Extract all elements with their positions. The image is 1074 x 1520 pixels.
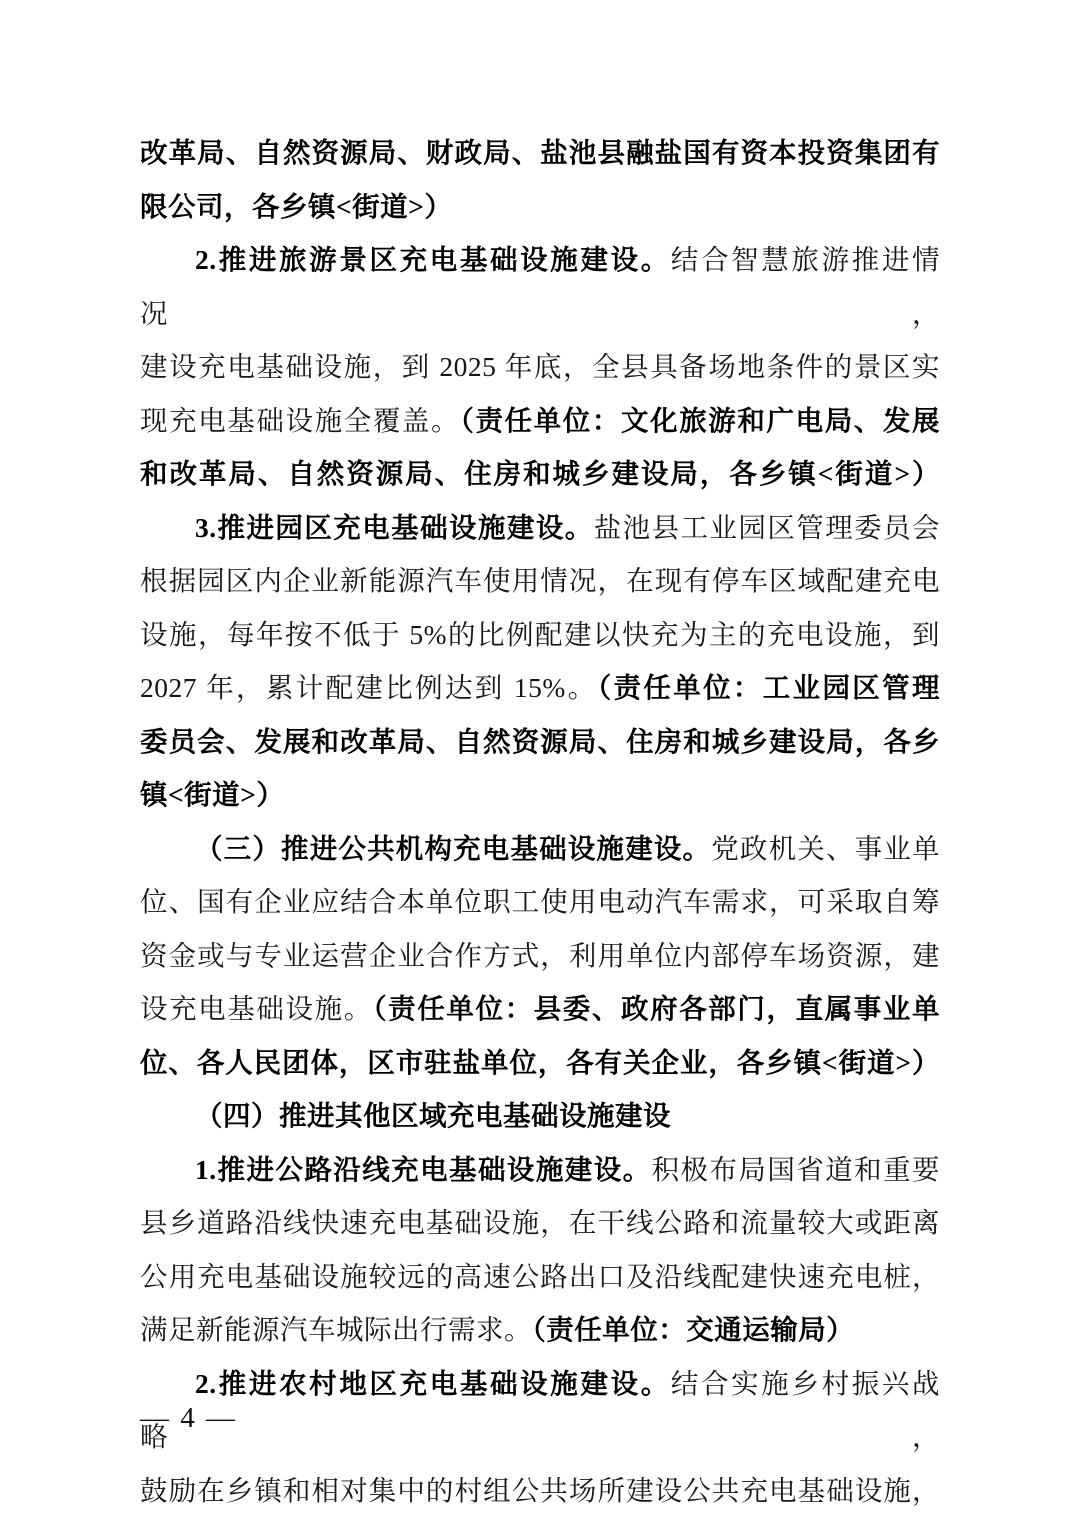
text-run: 党政机关、事业单 <box>711 833 940 864</box>
text-line: 位、各人民团体，区市驻盐单位，各有关企业，各乡镇<街道>） <box>140 1036 940 1090</box>
text-run: 设充电基础设施。 <box>140 993 373 1024</box>
text-line: 镇<街道>） <box>140 768 940 822</box>
text-line: 2.推进旅游景区充电基础设施建设。结合智慧旅游推进情况， <box>140 233 940 340</box>
text-run-bold: （责任单位：县委、政府各部门，直属事业单 <box>373 993 940 1024</box>
document-body-text: 改革局、自然资源局、财政局、盐池县融盐国有资本投资集团有限公司，各乡镇<街道>）… <box>140 126 940 1517</box>
text-run: 盐池县工业园区管理委员会 <box>594 512 940 543</box>
text-run: 县乡道路沿线快速充电基础设施，在干线公路和流量较大或距离 <box>140 1207 940 1238</box>
text-run: 根据园区内企业新能源汽车使用情况，在现有停车区域配建充电 <box>140 565 940 596</box>
text-line: 资金或与专业运营企业合作方式，利用单位内部停车场资源，建 <box>140 929 940 983</box>
text-run-bold: （三）推进公共机构充电基础设施建设。 <box>195 833 711 864</box>
text-run: 鼓励在乡镇和相对集中的村组公共场所建设公共充电基础设施， <box>140 1475 940 1506</box>
text-run-bold: 改革局、自然资源局、财政局、盐池县融盐国有资本投资集团有 <box>140 137 940 168</box>
text-run-bold: 镇<街道>） <box>140 779 284 810</box>
document-page: 改革局、自然资源局、财政局、盐池县融盐国有资本投资集团有限公司，各乡镇<街道>）… <box>0 0 1074 1520</box>
text-run: 位、国有企业应结合本单位职工使用电动汽车需求，可采取自筹 <box>140 886 940 917</box>
text-run-bold: （责任单位：交通运输局） <box>532 1314 854 1345</box>
text-run-bold: 位、各人民团体，区市驻盐单位，各有关企业，各乡镇<街道>） <box>140 1047 940 1078</box>
text-run: 公用充电基础设施较远的高速公路出口及沿线配建快速充电桩， <box>140 1261 940 1292</box>
text-line: 位、国有企业应结合本单位职工使用电动汽车需求，可采取自筹 <box>140 875 940 929</box>
text-run-bold: 和改革局、自然资源局、住房和城乡建设局，各乡镇<街道>） <box>140 458 940 489</box>
text-run: 资金或与专业运营企业合作方式，利用单位内部停车场资源，建 <box>140 940 940 971</box>
text-run-bold: （责任单位：工业园区管理 <box>597 672 940 703</box>
text-run-bold: 1.推进公路沿线充电基础设施建设。 <box>195 1154 652 1185</box>
text-run: 现充电基础设施全覆盖。 <box>140 405 460 436</box>
text-line: 公用充电基础设施较远的高速公路出口及沿线配建快速充电桩， <box>140 1250 940 1304</box>
text-run: 设施，每年按不低于 5%的比例配建以快充为主的充电设施，到 <box>140 619 940 650</box>
text-line: 2027 年，累计配建比例达到 15%。（责任单位：工业园区管理 <box>140 661 940 715</box>
text-run-bold: （四）推进其他区域充电基础设施建设 <box>195 1100 671 1131</box>
text-line: 鼓励在乡镇和相对集中的村组公共场所建设公共充电基础设施， <box>140 1464 940 1518</box>
text-run: 积极布局国省道和重要 <box>652 1154 940 1185</box>
text-line: 现充电基础设施全覆盖。（责任单位：文化旅游和广电局、发展 <box>140 394 940 448</box>
text-line: 满足新能源汽车城际出行需求。（责任单位：交通运输局） <box>140 1303 940 1357</box>
text-line: （三）推进公共机构充电基础设施建设。党政机关、事业单 <box>140 822 940 876</box>
page-number: — 4 — <box>140 1396 237 1440</box>
text-line: 设施，每年按不低于 5%的比例配建以快充为主的充电设施，到 <box>140 608 940 662</box>
text-line: 3.推进园区充电基础设施建设。盐池县工业园区管理委员会 <box>140 501 940 555</box>
text-line: 委员会、发展和改革局、自然资源局、住房和城乡建设局，各乡 <box>140 715 940 769</box>
text-run: 建设充电基础设施，到 2025 年底，全县具备场地条件的景区实 <box>140 351 940 382</box>
text-run-bold: 3.推进园区充电基础设施建设。 <box>195 512 594 543</box>
text-line: 和改革局、自然资源局、住房和城乡建设局，各乡镇<街道>） <box>140 447 940 501</box>
text-run-bold: 委员会、发展和改革局、自然资源局、住房和城乡建设局，各乡 <box>140 726 940 757</box>
text-line: 1.推进公路沿线充电基础设施建设。积极布局国省道和重要 <box>140 1143 940 1197</box>
text-run-bold: 2.推进农村地区充电基础设施建设。 <box>195 1368 671 1399</box>
text-run-bold: （责任单位：文化旅游和广电局、发展 <box>460 405 940 436</box>
text-line: 限公司，各乡镇<街道>） <box>140 180 940 234</box>
text-line: 设充电基础设施。（责任单位：县委、政府各部门，直属事业单 <box>140 982 940 1036</box>
text-line: 根据园区内企业新能源汽车使用情况，在现有停车区域配建充电 <box>140 554 940 608</box>
text-line: 县乡道路沿线快速充电基础设施，在干线公路和流量较大或距离 <box>140 1196 940 1250</box>
text-run-bold: 2.推进旅游景区充电基础设施建设。 <box>195 244 671 275</box>
text-line: 建设充电基础设施，到 2025 年底，全县具备场地条件的景区实 <box>140 340 940 394</box>
text-run-bold: 限公司，各乡镇<街道>） <box>140 191 452 222</box>
text-run: 满足新能源汽车城际出行需求。 <box>140 1314 532 1345</box>
text-line: （四）推进其他区域充电基础设施建设 <box>140 1089 940 1143</box>
text-line: 2.推进农村地区充电基础设施建设。结合实施乡村振兴战略， <box>140 1357 940 1464</box>
text-line: 改革局、自然资源局、财政局、盐池县融盐国有资本投资集团有 <box>140 126 940 180</box>
text-run: 2027 年，累计配建比例达到 15%。 <box>140 672 597 703</box>
